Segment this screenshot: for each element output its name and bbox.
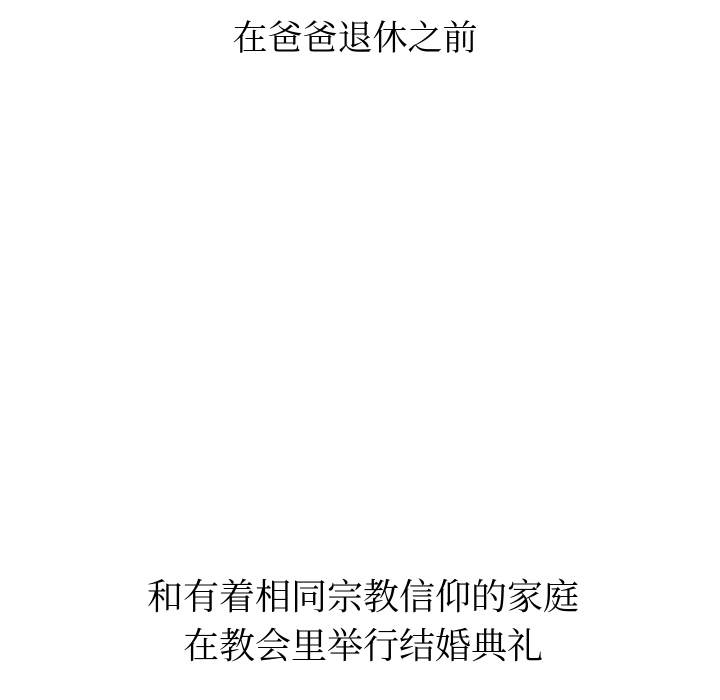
narration-bottom-line1: 和有着相同宗教信仰的家庭 (3, 572, 720, 621)
narration-text-top: 在爸爸退休之前 (0, 21, 715, 56)
narration-block-bottom: 和有着相同宗教信仰的家庭 在教会里举行结婚典礼 (3, 572, 720, 670)
narration-bottom-line2: 在教会里举行结婚典礼 (3, 621, 720, 670)
webtoon-page: 在爸爸退休之前 和有着相同宗教信仰的家庭 在教会里举行结婚典礼 (0, 0, 720, 700)
